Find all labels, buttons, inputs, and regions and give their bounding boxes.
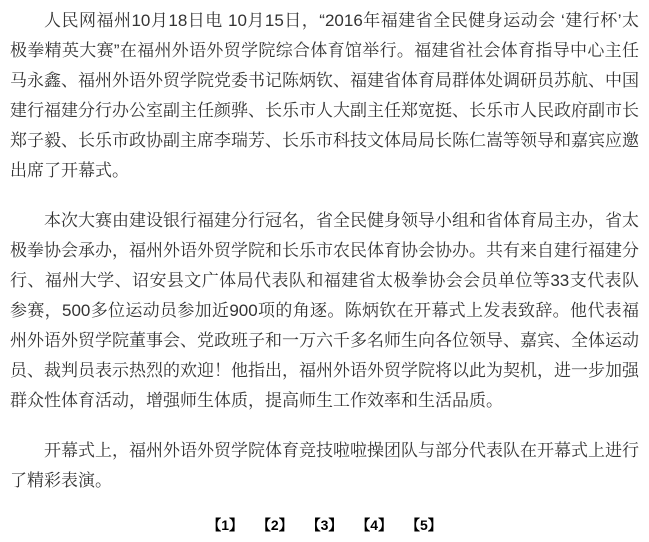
article-paragraph-2: 本次大赛由建设银行福建分行冠名，省全民健身领导小组和省体育局主办，省太极拳协会承… bbox=[10, 206, 639, 416]
article-page: 人民网福州10月18日电 10月15日，“2016年福建省全民健身运动会 ‘建行… bbox=[0, 0, 649, 542]
pagination: 【1】 【2】 【3】 【4】 【5】 bbox=[10, 516, 639, 534]
pagination-page-5[interactable]: 【5】 bbox=[406, 516, 442, 534]
pagination-page-2[interactable]: 【2】 bbox=[257, 516, 293, 534]
article-paragraph-3: 开幕式上，福州外语外贸学院体育竞技啦啦操团队与部分代表队在开幕式上进行了精彩表演… bbox=[10, 436, 639, 496]
pagination-page-4[interactable]: 【4】 bbox=[356, 516, 392, 534]
article-paragraph-1: 人民网福州10月18日电 10月15日，“2016年福建省全民健身运动会 ‘建行… bbox=[10, 6, 639, 186]
article-body: 人民网福州10月18日电 10月15日，“2016年福建省全民健身运动会 ‘建行… bbox=[0, 0, 649, 534]
pagination-page-1[interactable]: 【1】 bbox=[207, 516, 243, 534]
pagination-page-3[interactable]: 【3】 bbox=[307, 516, 343, 534]
